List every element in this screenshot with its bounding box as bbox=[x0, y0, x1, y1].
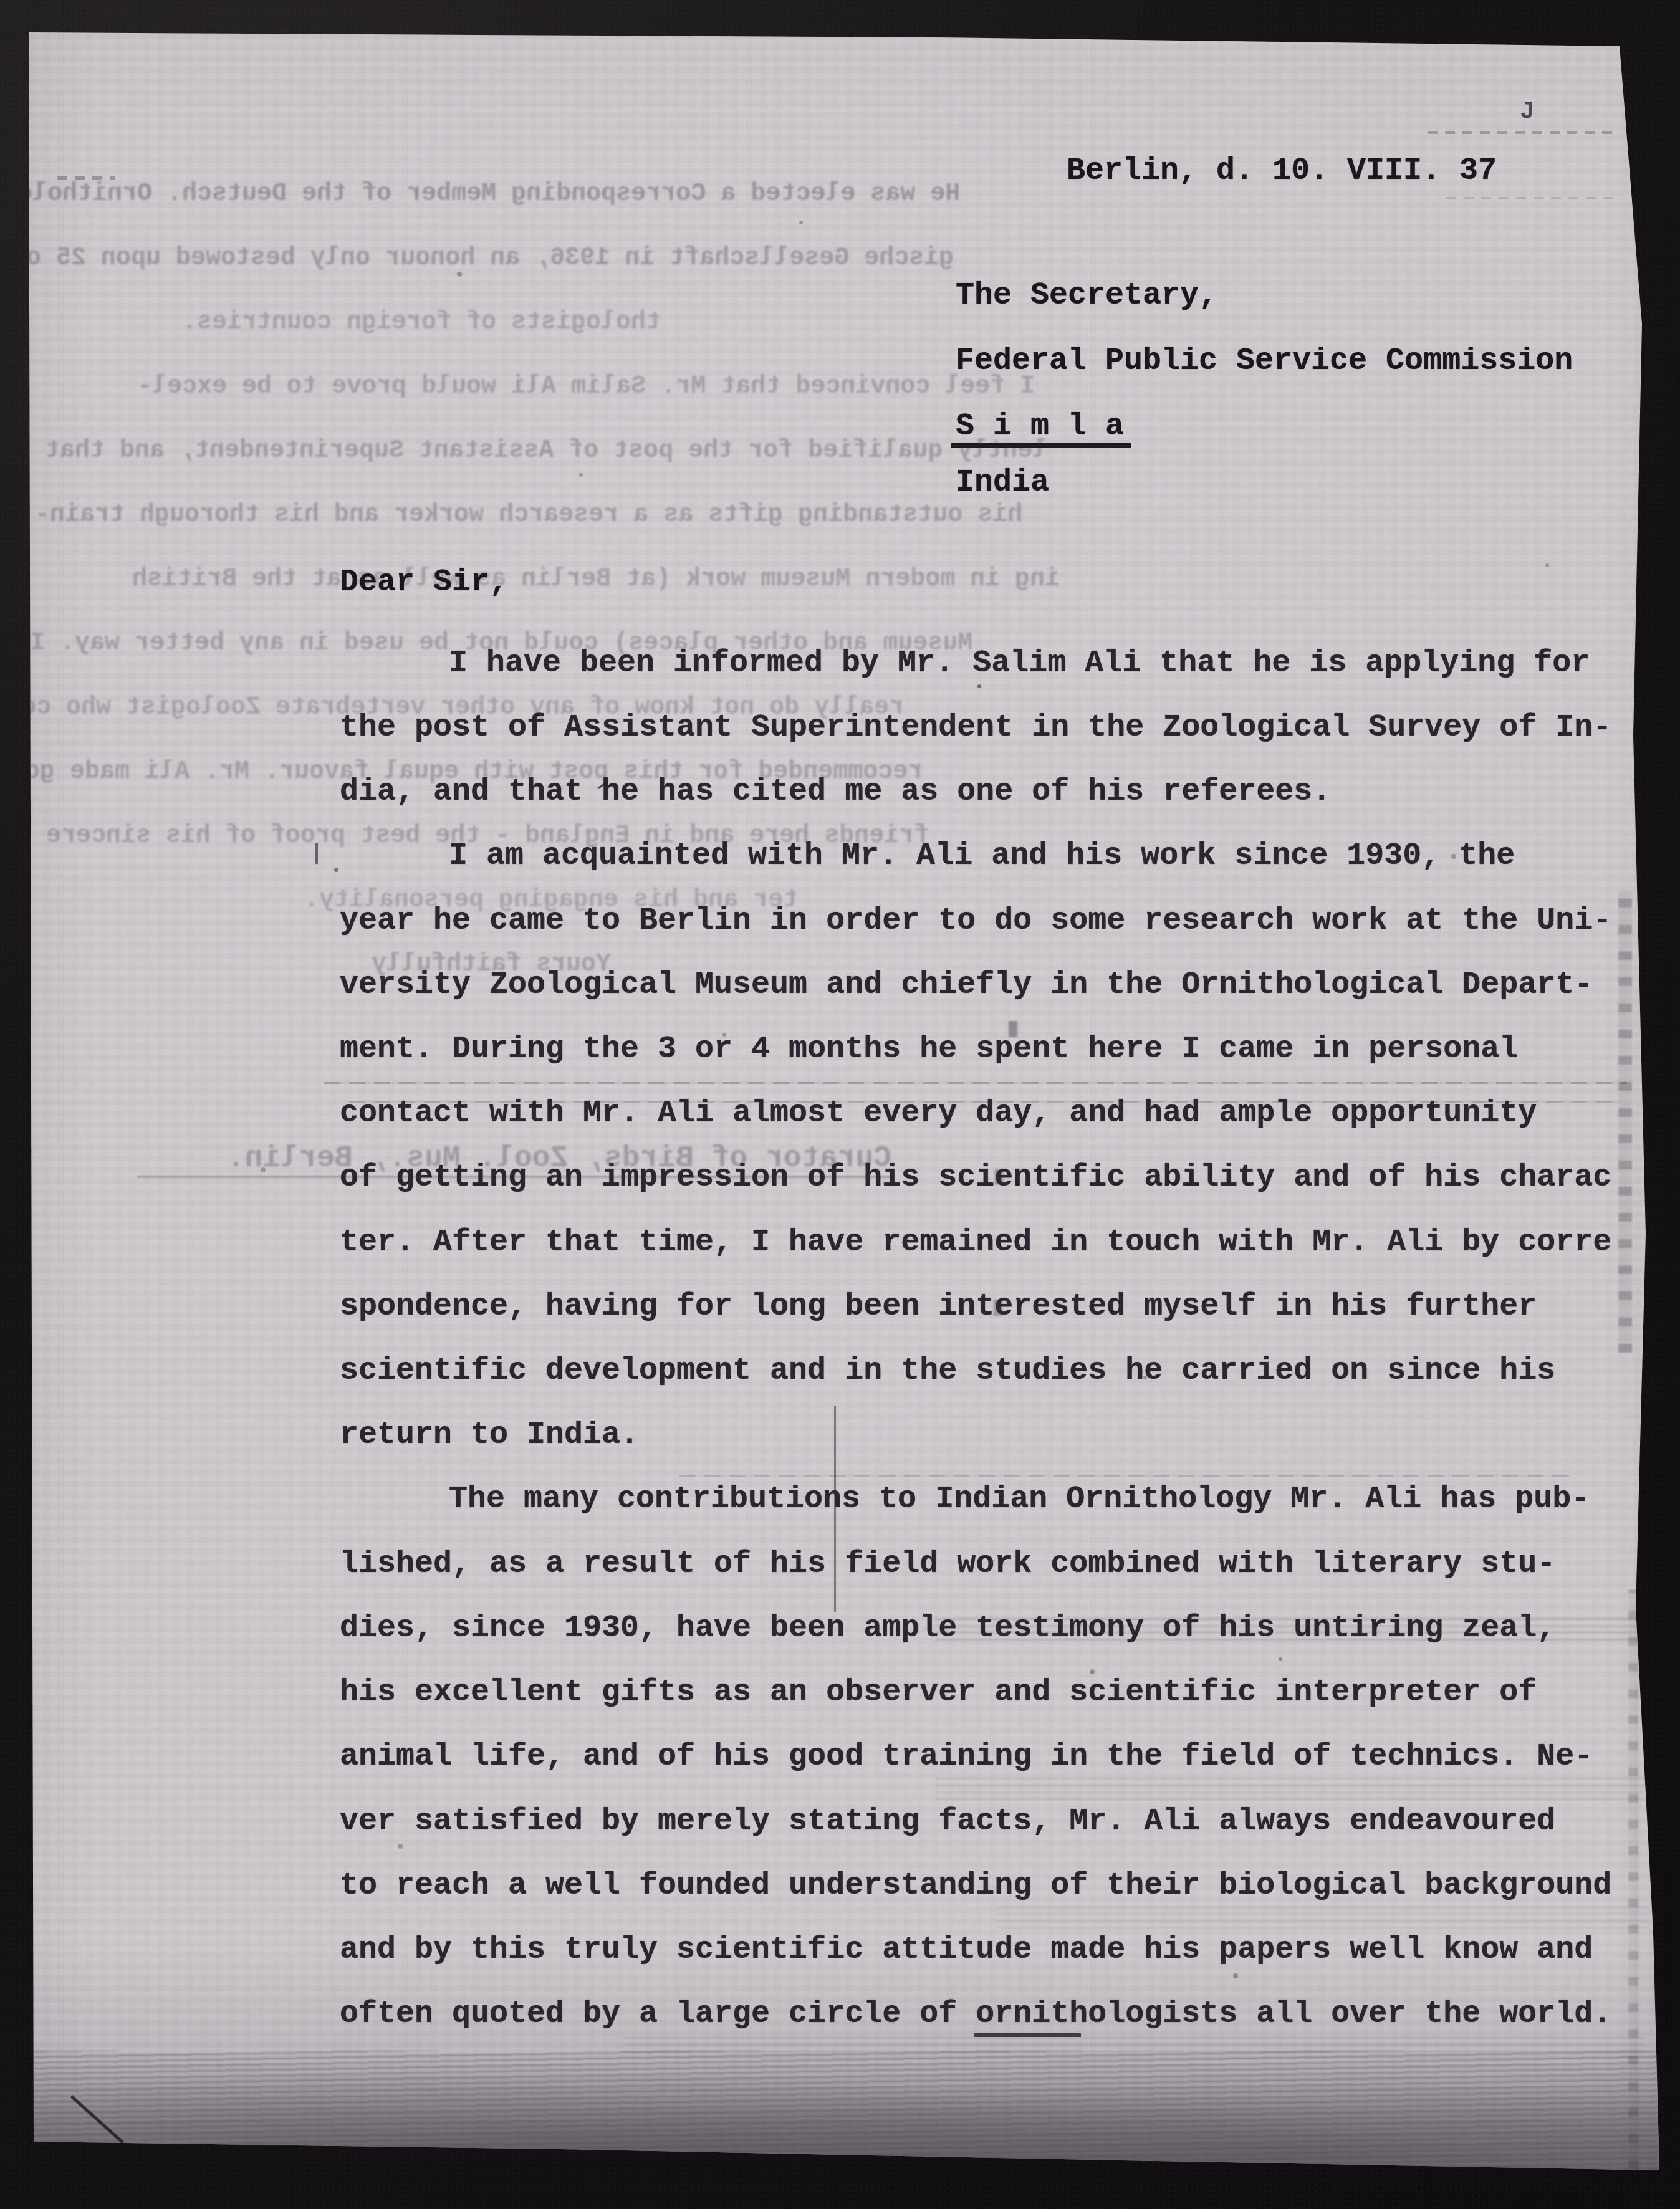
scratch-line bbox=[679, 1475, 1571, 1477]
simla-underline bbox=[951, 443, 1131, 448]
letter-sheet: He was elected a Corresponding Member of… bbox=[0, 0, 1680, 2209]
paper-specks bbox=[0, 0, 2, 2]
margin-dot bbox=[334, 868, 338, 872]
bleedthrough-line: his outstanding gifts as a research work… bbox=[35, 501, 1022, 530]
letter-body-line: spondence, having for long been interest… bbox=[340, 1289, 1537, 1325]
letter-body-line: dies, since 1930, have been ample testim… bbox=[340, 1611, 1555, 1647]
bleedthrough-line: lently qualified for the post of Assista… bbox=[45, 437, 1047, 466]
letter-body-line: versity Zoological Museum and chiefly in… bbox=[340, 967, 1593, 1004]
orni-underline-fragment bbox=[974, 2033, 1081, 2037]
letter-body-line: I am acquainted with Mr. Ali and his wor… bbox=[449, 838, 1515, 874]
streak-band bbox=[623, 2037, 1646, 2058]
letter-body-line: year he came to Berlin in order to do so… bbox=[340, 903, 1611, 939]
bleedthrough-line: He was elected a Corresponding Member of… bbox=[2, 180, 960, 209]
letter-body-line: contact with Mr. Ali almost every day, a… bbox=[340, 1096, 1537, 1132]
dateline: Berlin, d. 10. VIII. 37 bbox=[1067, 153, 1497, 189]
smudge-line bbox=[1428, 131, 1615, 134]
letter-body-line: lished, as a result of his field work co… bbox=[340, 1546, 1555, 1583]
recipient-line-simla: S i m l a bbox=[956, 409, 1124, 445]
letter-body-line: ter. After that time, I have remained in… bbox=[340, 1225, 1611, 1261]
recipient-line: India bbox=[956, 465, 1049, 501]
letter-body-line: The many contributions to Indian Ornitho… bbox=[449, 1482, 1590, 1518]
letter-body-line: ver satisfied by merely stating facts, M… bbox=[340, 1804, 1555, 1840]
letter-body-line: to reach a well founded understanding of… bbox=[340, 1868, 1611, 1904]
bleedthrough-line: gische Gesellschaft in 1936, an honour o… bbox=[0, 244, 954, 273]
letter-body-line: the post of Assistant Superintendent in … bbox=[340, 710, 1611, 746]
recipient-line: The Secretary, bbox=[956, 278, 1217, 314]
letter-body-line: scientific development and in the studie… bbox=[340, 1353, 1555, 1389]
letter-body-line: dia, and that he has cited me as one of … bbox=[340, 774, 1331, 810]
letter-body-line: animal life, and of his good training in… bbox=[340, 1739, 1593, 1775]
right-edge-smudge bbox=[1628, 1589, 1638, 2169]
salutation: Dear Sir, bbox=[340, 565, 508, 601]
letter-body-line: often quoted by a large circle of ornith… bbox=[340, 1996, 1611, 2033]
bleedthrough-line: ing in modern Museum work (at Berlin as … bbox=[132, 565, 1060, 594]
bottom-crease bbox=[70, 2095, 125, 2144]
smudge-line bbox=[1446, 197, 1613, 199]
scanned-letter-photo: { "document": { "kind": "typewritten let… bbox=[0, 0, 1680, 2209]
scratch-line bbox=[324, 1082, 1627, 1084]
letter-body-line: return to India. bbox=[340, 1417, 639, 1454]
letter-body-line: of getting an impression of his scientif… bbox=[340, 1160, 1611, 1196]
letter-body-line: his excellent gifts as an observer and s… bbox=[340, 1675, 1537, 1711]
bleedthrough-line: I feel convinced that Mr. Salim Ali woul… bbox=[137, 373, 1035, 401]
letter-body-line: and by this truly scientific attitude ma… bbox=[340, 1932, 1593, 1968]
page-corner-mark: J bbox=[1520, 98, 1535, 127]
smudge-dashes bbox=[57, 176, 115, 180]
letter-body-line: I have been informed by Mr. Salim Ali th… bbox=[449, 646, 1590, 682]
right-edge-smudge bbox=[1618, 891, 1632, 1353]
recipient-line: Federal Public Service Commission bbox=[956, 343, 1573, 380]
streak-band bbox=[935, 1778, 1646, 1804]
streak-band bbox=[997, 1906, 1649, 1931]
letter-body-line: ment. During the 3 or 4 months he spent … bbox=[340, 1032, 1518, 1068]
diacritic-dot bbox=[977, 684, 981, 688]
bleedthrough-line: thologists of foreign countries. bbox=[182, 309, 661, 337]
bottom-smudge-band bbox=[29, 2051, 1659, 2170]
